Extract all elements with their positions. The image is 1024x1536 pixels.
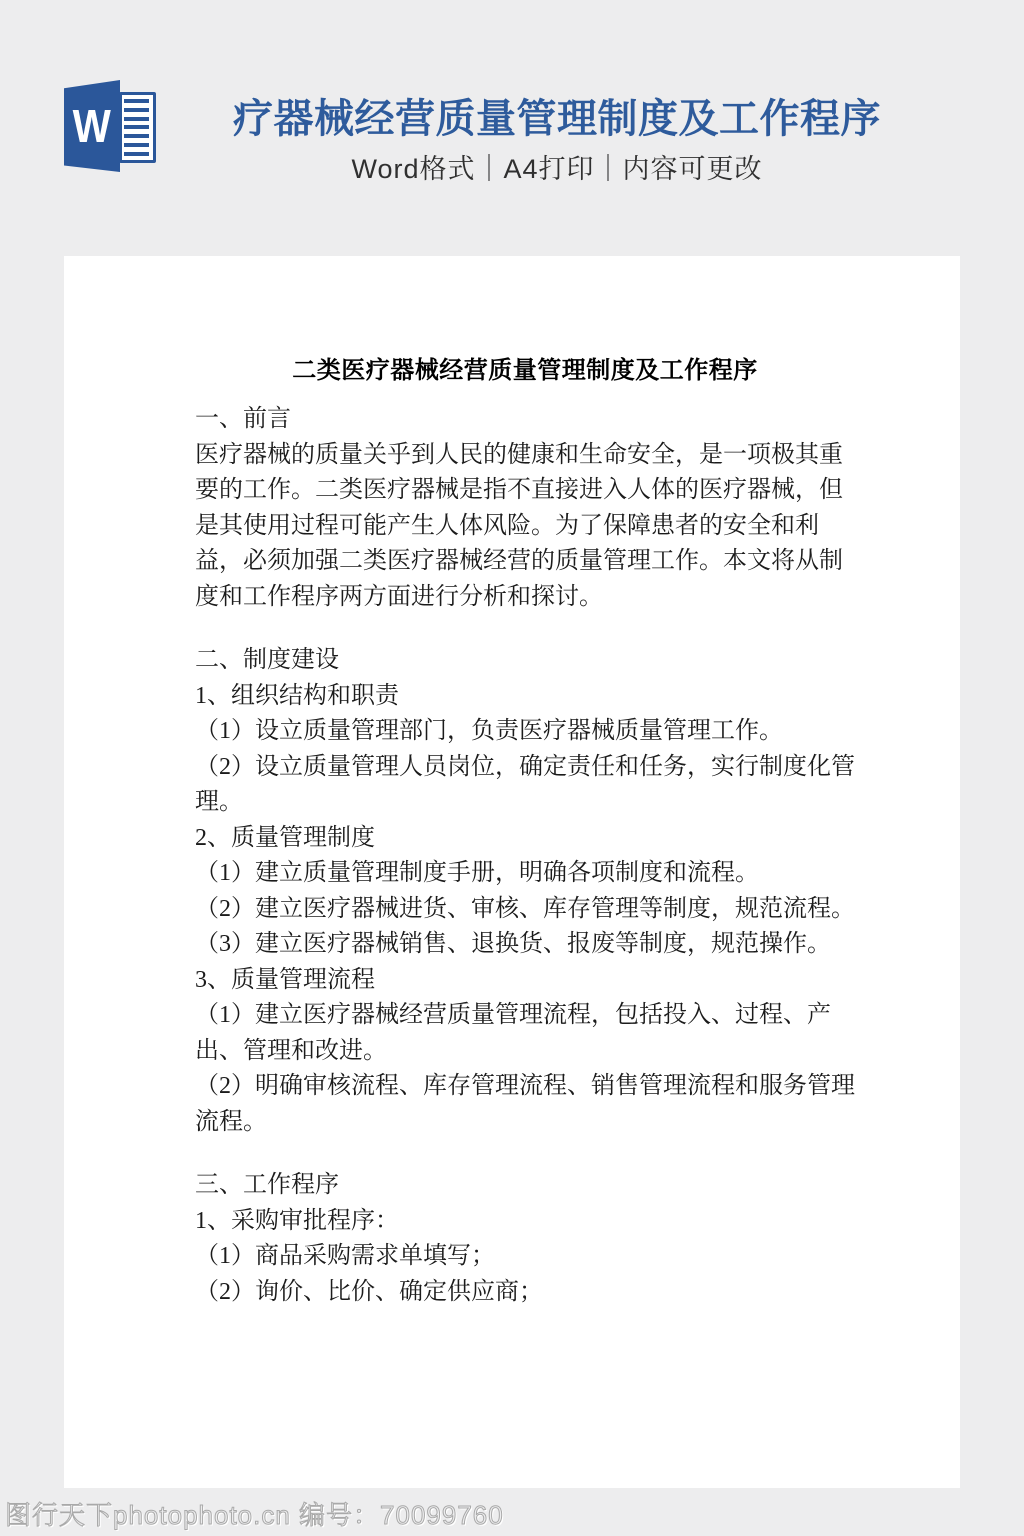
doc-paragraph: 2、质量管理制度 [195,821,855,857]
doc-paragraph: 医疗器械的质量关乎到人民的健康和生命安全，是一项极其重要的工作。二类医疗器械是指… [195,438,855,616]
footer: 图行天下photophoto.cn 编号：70099760 [0,1488,1024,1536]
doc-paragraph: （2）明确审核流程、库存管理流程、销售管理流程和服务管理流程。 [195,1069,855,1140]
page-title: 疗器械经营质量管理制度及工作程序 [90,94,1024,144]
watermark-text: 图行天下photophoto.cn 编号：70099760 [5,1495,504,1532]
doc-paragraph: （2）询价、比价、确定供应商； [195,1275,855,1311]
doc-paragraph: 1、采购审批程序： [195,1204,855,1240]
doc-paragraph: （1）建立质量管理制度手册，明确各项制度和流程。 [195,856,855,892]
doc-paragraph: （2）建立医疗器械进货、审核、库存管理等制度，规范流程。 [195,892,855,928]
doc-paragraph: 1、组织结构和职责 [195,679,855,715]
doc-paragraph: （2）设立质量管理人员岗位，确定责任和任务，实行制度化管理。 [195,750,855,821]
doc-paragraph: （1）设立质量管理部门，负责医疗器械质量管理工作。 [195,714,855,750]
document-body: 一、前言医疗器械的质量关乎到人民的健康和生命安全，是一项极其重要的工作。二类医疗… [195,402,855,1310]
section-heading: 二、制度建设 [195,643,855,679]
section-heading: 一、前言 [195,402,855,438]
header: W 疗器械经营质量管理制度及工作程序 Word格式｜A4打印｜内容可更改 [0,0,1024,256]
doc-paragraph: （3）建立医疗器械销售、退换货、报废等制度，规范操作。 [195,927,855,963]
document-section: 三、工作程序1、采购审批程序：（1）商品采购需求单填写；（2）询价、比价、确定供… [195,1168,855,1310]
document-section: 一、前言医疗器械的质量关乎到人民的健康和生命安全，是一项极其重要的工作。二类医疗… [195,402,855,615]
page-subtitle: Word格式｜A4打印｜内容可更改 [90,152,1024,186]
doc-paragraph: （1）建立医疗器械经营质量管理流程，包括投入、过程、产出、管理和改进。 [195,998,855,1069]
section-heading: 三、工作程序 [195,1168,855,1204]
document-content: 二类医疗器械经营质量管理制度及工作程序 一、前言医疗器械的质量关乎到人民的健康和… [195,256,855,1310]
doc-paragraph: 3、质量管理流程 [195,963,855,999]
header-text: 疗器械经营质量管理制度及工作程序 Word格式｜A4打印｜内容可更改 [90,94,1024,186]
document-page: 二类医疗器械经营质量管理制度及工作程序 一、前言医疗器械的质量关乎到人民的健康和… [64,256,960,1488]
document-title: 二类医疗器械经营质量管理制度及工作程序 [195,353,855,389]
doc-paragraph: （1）商品采购需求单填写； [195,1239,855,1275]
document-section: 二、制度建设1、组织结构和职责（1）设立质量管理部门，负责医疗器械质量管理工作。… [195,643,855,1140]
